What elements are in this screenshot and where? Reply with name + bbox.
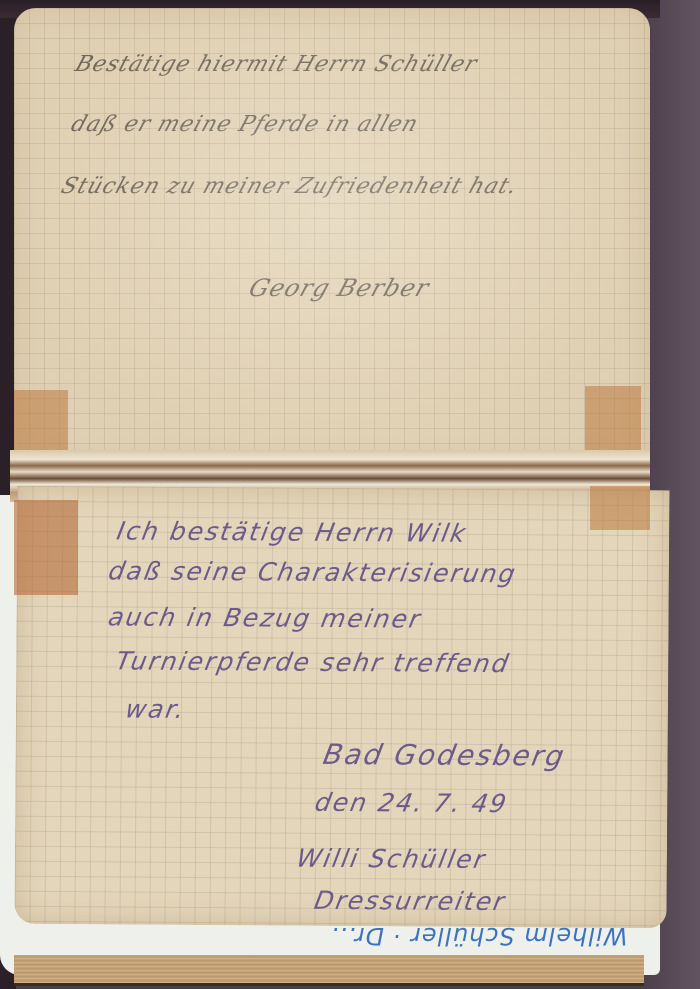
bottom-line-1: Ich bestätige Herrn Wilk xyxy=(115,516,470,547)
bottom-line-4: Turnierpferde sehr treffend xyxy=(114,646,513,678)
top-line-2: daß er meine Pferde in allen xyxy=(68,112,422,137)
bottom-page: Ich bestätige Herrn Wilk daß seine Chara… xyxy=(14,486,669,929)
top-signature: Georg Berber xyxy=(245,274,433,302)
tape-strip-bottom-right xyxy=(590,486,650,530)
signature-name: Willi Schüller xyxy=(294,844,489,874)
top-page: Bestätige hiermit Herrn Schüller daß er … xyxy=(14,8,650,468)
tape-strip-top-left xyxy=(14,390,68,450)
top-line-3: Stücken zu meiner Zufriedenheit hat. xyxy=(58,174,521,199)
page-edges xyxy=(14,955,644,986)
tape-strip-top-right xyxy=(585,386,641,452)
tape-strip-bottom-left xyxy=(14,500,78,595)
place-name: Bad Godesberg xyxy=(321,738,569,773)
bottom-line-3: auch in Bezug meiner xyxy=(106,602,424,633)
signature-title: Dressurreiter xyxy=(312,886,508,916)
bottom-line-5: war. xyxy=(123,695,188,724)
date: den 24. 7. 49 xyxy=(313,788,511,818)
loose-sheet-text: Wilhelm Schüller · Dr... xyxy=(330,922,627,950)
bottom-line-2: daß seine Charakterisierung xyxy=(106,556,519,588)
top-line-1: Bestätige hiermit Herrn Schüller xyxy=(72,52,481,77)
